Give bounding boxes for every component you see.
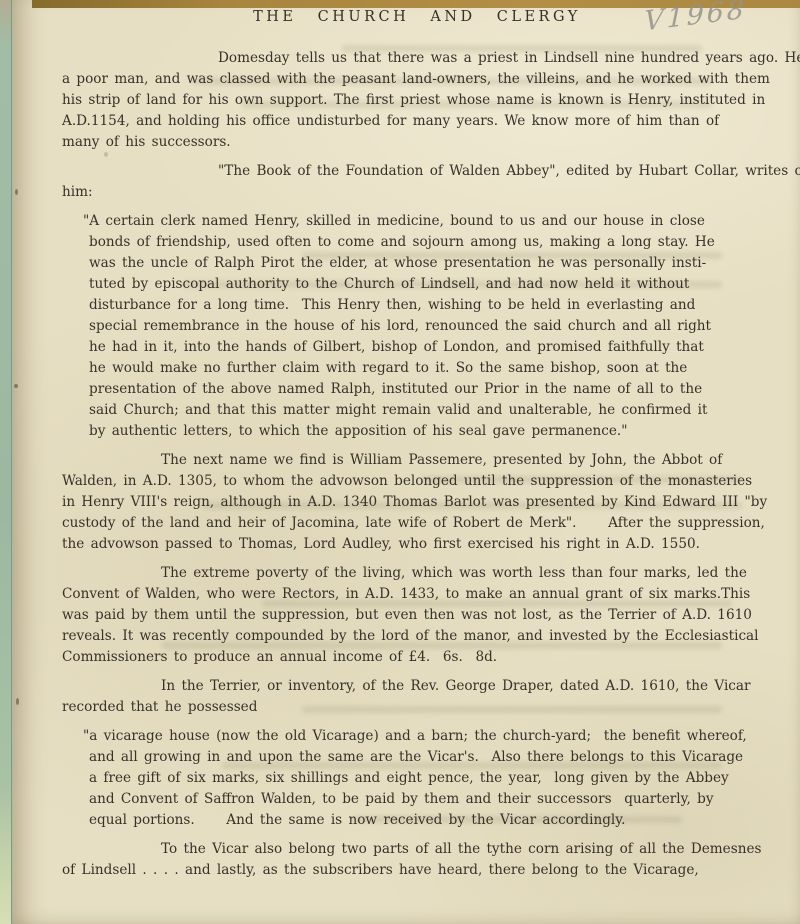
text-line: "a vicarage house (now the old Vicarage)… xyxy=(89,726,786,747)
paragraph: In the Terrier, or inventory, of the Rev… xyxy=(62,676,786,718)
text-line: his strip of land for his own support. T… xyxy=(62,90,786,111)
paragraph: To the Vicar also belong two parts of al… xyxy=(62,839,786,881)
handwritten-mark: V1968 xyxy=(644,0,747,37)
text-line: a free gift of six marks, six shillings … xyxy=(89,768,786,789)
text-line: "The Book of the Foundation of Walden Ab… xyxy=(62,161,786,182)
text-line: "A certain clerk named Henry, skilled in… xyxy=(89,211,786,232)
text-line: said Church; and that this matter might … xyxy=(89,400,786,421)
text-line: reveals. It was recently compounded by t… xyxy=(62,626,786,647)
paragraph: The next name we find is William Passeme… xyxy=(62,450,786,555)
text-line: by authentic letters, to which the appos… xyxy=(89,421,786,442)
book-edge-strip xyxy=(0,0,12,924)
paper-speck xyxy=(16,698,19,705)
paragraph: "A certain clerk named Henry, skilled in… xyxy=(89,211,786,442)
text-line: Walden, in A.D. 1305, to whom the advows… xyxy=(62,471,786,492)
text-line: he would make no further claim with rega… xyxy=(89,358,786,379)
text-line: was paid by them until the suppression, … xyxy=(62,605,786,626)
text-line: and Convent of Saffron Walden, to be pai… xyxy=(89,789,786,810)
text-line: To the Vicar also belong two parts of al… xyxy=(62,839,786,860)
text-line: in Henry VIII's reign, although in A.D. … xyxy=(62,492,786,513)
text-line: presentation of the above named Ralph, i… xyxy=(89,379,786,400)
text-line: Commissioners to produce an annual incom… xyxy=(62,647,786,668)
text-line: and all growing in and upon the same are… xyxy=(89,747,786,768)
paragraph: "The Book of the Foundation of Walden Ab… xyxy=(62,161,786,203)
text-line: Domesday tells us that there was a pries… xyxy=(62,48,786,69)
text-line: equal portions. And the same is now rece… xyxy=(89,810,786,831)
paper-speck xyxy=(15,189,18,195)
document-page: THE CHURCH AND CLERGY V1968 Domesday tel… xyxy=(12,0,800,924)
text-line: of Lindsell . . . . and lastly, as the s… xyxy=(62,860,786,881)
text-line: recorded that he possessed xyxy=(62,697,786,718)
scanned-document: THE CHURCH AND CLERGY V1968 Domesday tel… xyxy=(0,0,800,924)
text-line: disturbance for a long time. This Henry … xyxy=(89,295,786,316)
text-line: Convent of Walden, who were Rectors, in … xyxy=(62,584,786,605)
text-line: special remembrance in the house of his … xyxy=(89,316,786,337)
text-line: tuted by episcopal authority to the Chur… xyxy=(89,274,786,295)
text-line: a poor man, and was classed with the pea… xyxy=(62,69,786,90)
text-line: the advowson passed to Thomas, Lord Audl… xyxy=(62,534,786,555)
text-line: In the Terrier, or inventory, of the Rev… xyxy=(62,676,786,697)
text-line: custody of the land and heir of Jacomina… xyxy=(62,513,786,534)
paragraph: Domesday tells us that there was a pries… xyxy=(62,48,786,153)
text-line: many of his successors. xyxy=(62,132,786,153)
text-line: A.D.1154, and holding his office undistu… xyxy=(62,111,786,132)
text-line: him: xyxy=(62,182,786,203)
text-line: The next name we find is William Passeme… xyxy=(62,450,786,471)
paragraph: "a vicarage house (now the old Vicarage)… xyxy=(89,726,786,831)
paper-speck xyxy=(14,384,18,388)
text-line: The extreme poverty of the living, which… xyxy=(62,563,786,584)
text-line: was the uncle of Ralph Pirot the elder, … xyxy=(89,253,786,274)
paragraph: The extreme poverty of the living, which… xyxy=(62,563,786,668)
document-text: Domesday tells us that there was a pries… xyxy=(62,48,786,889)
text-line: bonds of friendship, used often to come … xyxy=(89,232,786,253)
text-line: he had in it, into the hands of Gilbert,… xyxy=(89,337,786,358)
